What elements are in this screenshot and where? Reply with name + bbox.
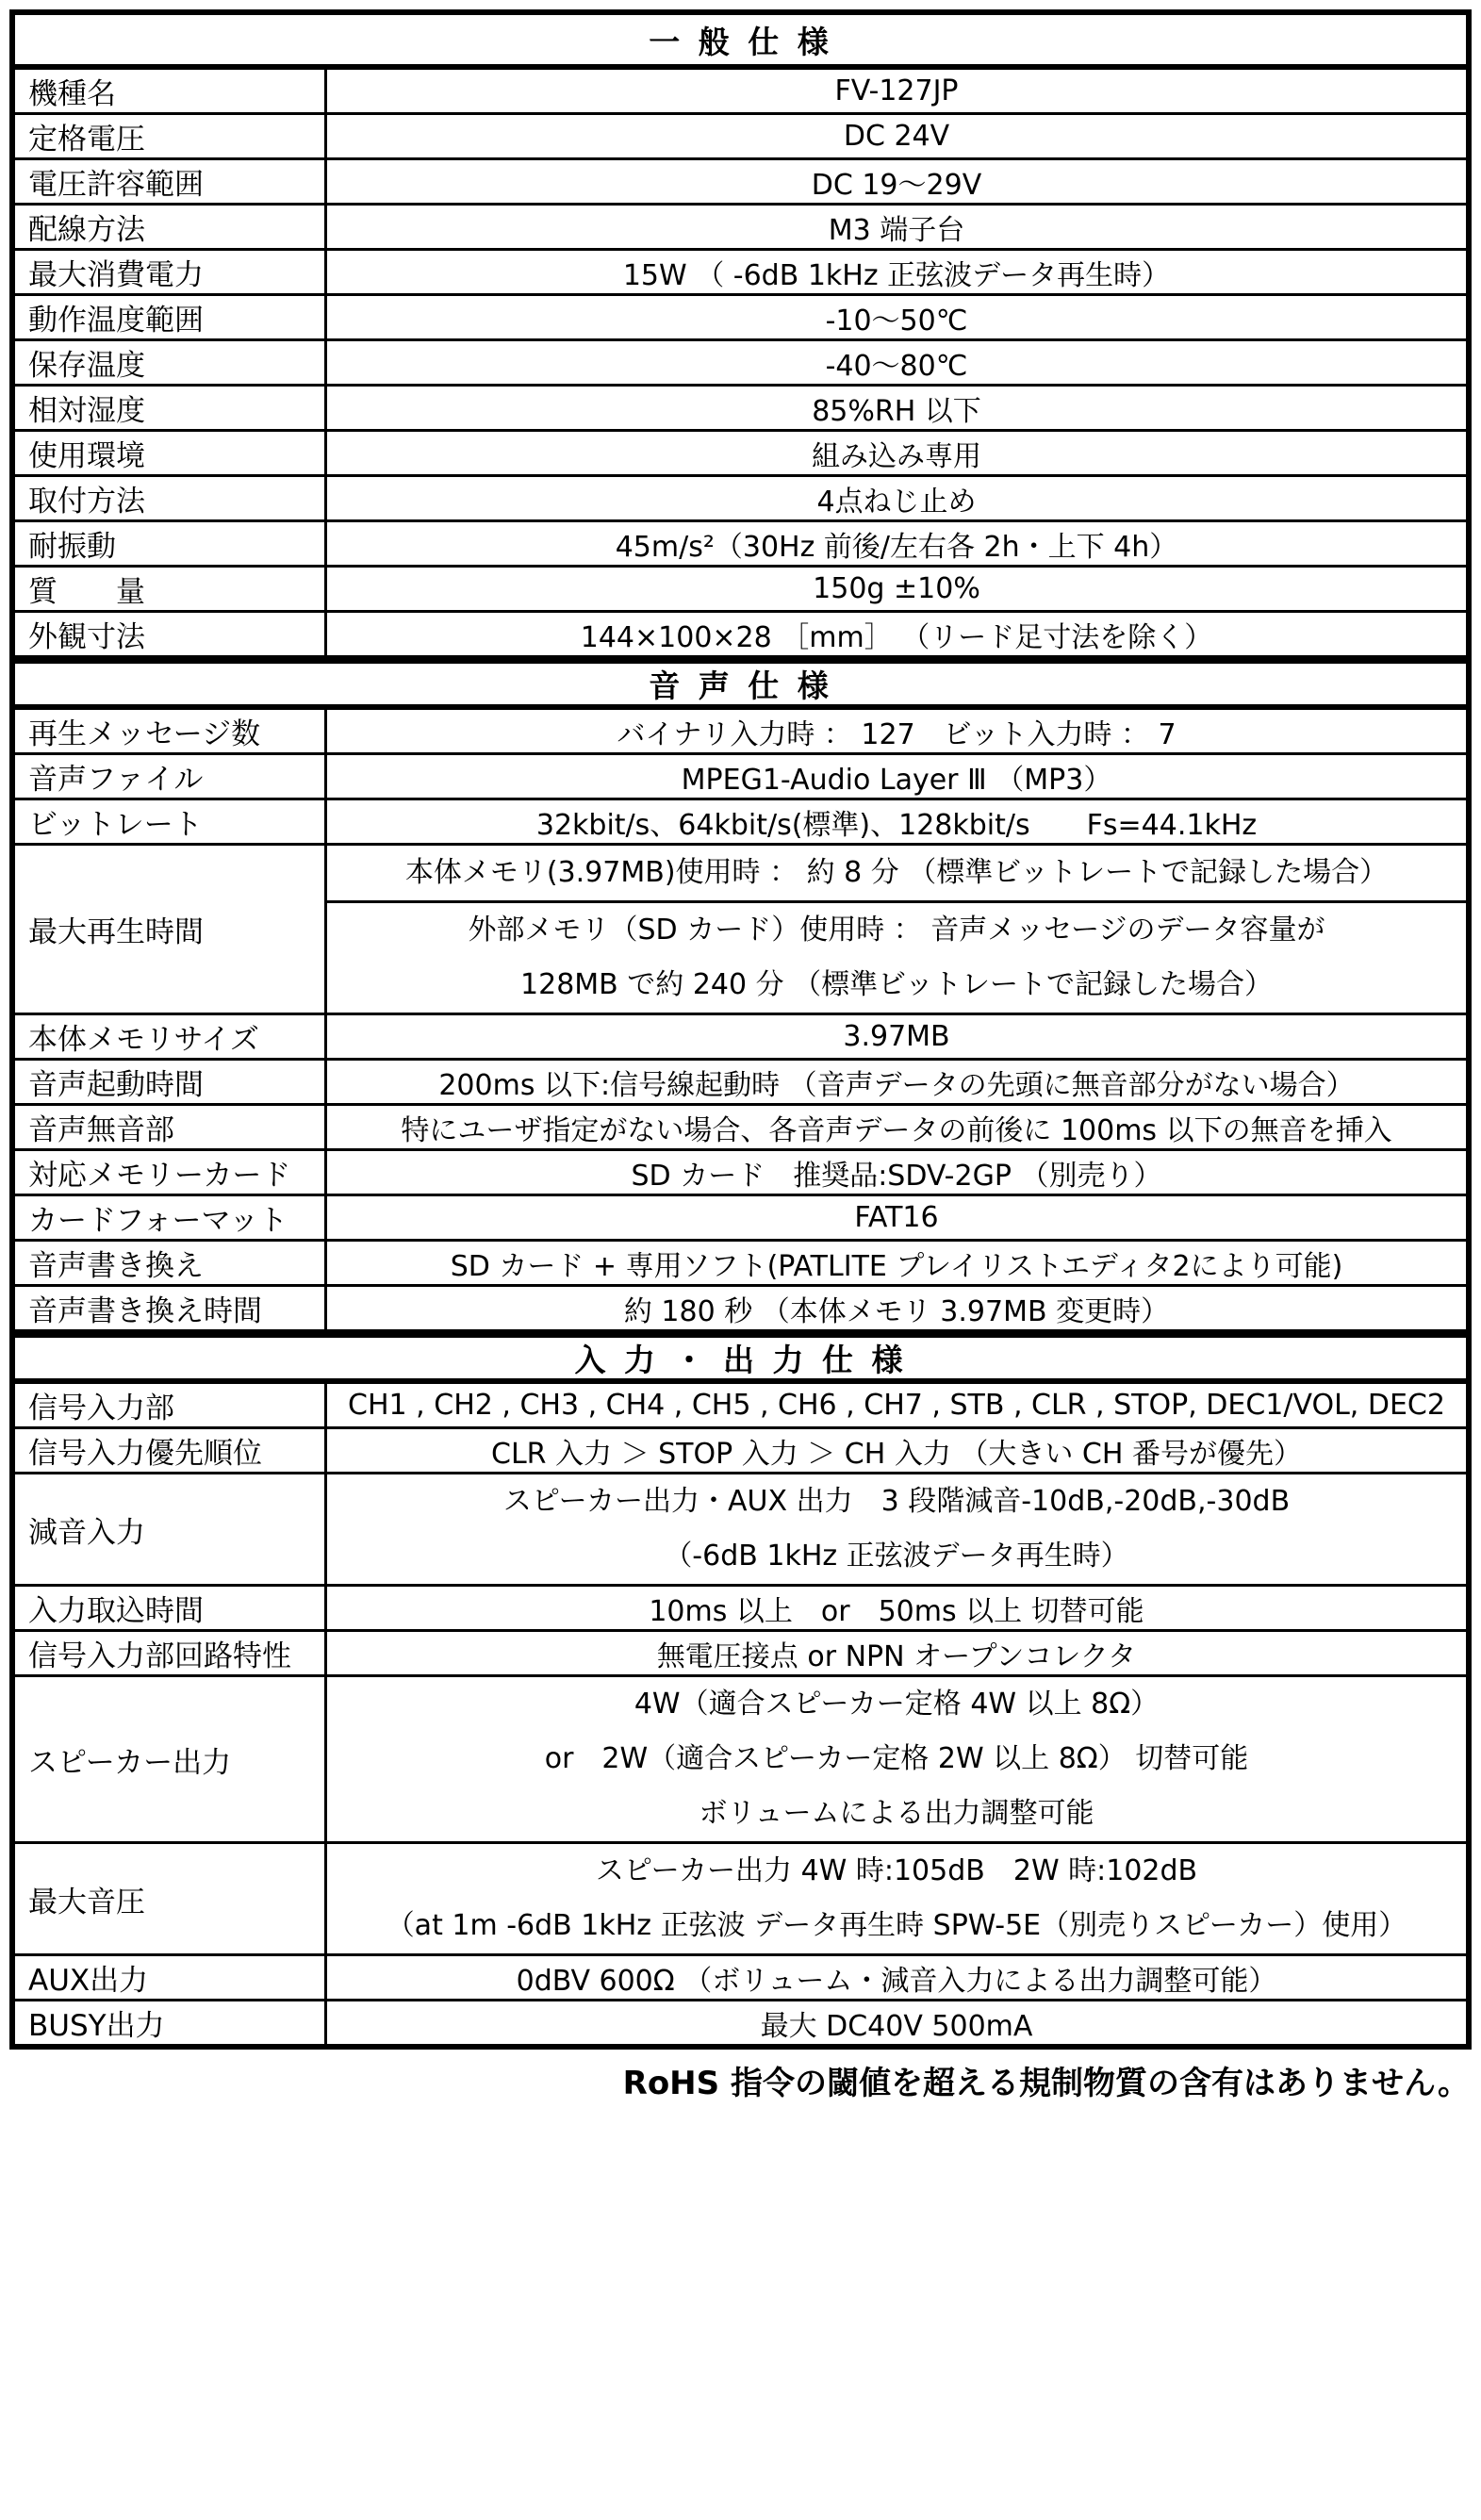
spec-label: 定格電圧	[15, 115, 327, 157]
spec-label: 信号入力部回路特性	[15, 1632, 327, 1674]
spec-subcell: 本体メモリ(3.97MB)使用時 ： 約 8 分 （標準ビットレートで記録した場…	[327, 846, 1466, 903]
footer-note: RoHS 指令の閾値を超える規制物質の含有はありません。	[9, 2057, 1472, 2103]
section-title-audio: 音 声 仕 様	[15, 655, 1466, 710]
spec-label: 音声無音部	[15, 1106, 327, 1148]
spec-value-line: （-6dB 1kHz 正弦波データ再生時）	[664, 1529, 1128, 1584]
spec-value: 組み込み専用	[327, 432, 1466, 474]
table-row: 信号入力部 CH1 , CH2 , CH3 , CH4 , CH5 , CH6 …	[15, 1384, 1466, 1426]
spec-value: 200ms 以下:信号線起動時 （音声データの先頭に無音部分がない場合）	[327, 1061, 1466, 1103]
section-title-general: 一 般 仕 様	[15, 15, 1466, 70]
spec-value: 最大 DC40V 500mA	[327, 2001, 1466, 2044]
spec-value-line: 4W（適合スピーカー定格 4W 以上 8Ω）	[634, 1677, 1159, 1732]
spec-label: 外観寸法	[15, 613, 327, 655]
table-row: 外観寸法 144×100×28 ［mm］ （リード足寸法を除く）	[15, 610, 1466, 655]
spec-table: 一 般 仕 様 機種名 FV-127JP 定格電圧 DC 24V 電圧許容範囲 …	[9, 9, 1472, 2050]
spec-value: 15W （ -6dB 1kHz 正弦波データ再生時）	[327, 251, 1466, 293]
table-row: スピーカー出力 4W（適合スピーカー定格 4W 以上 8Ω） or 2W（適合ス…	[15, 1674, 1466, 1841]
spec-value: FV-127JP	[327, 70, 1466, 112]
spec-label: 動作温度範囲	[15, 296, 327, 338]
table-row: 配線方法 M3 端子台	[15, 203, 1466, 248]
spec-label: 信号入力部	[15, 1384, 327, 1426]
spec-value: バイナリ入力時 ： 127 ビット入力時 ： 7	[327, 710, 1466, 752]
table-row: 使用環境 組み込み専用	[15, 429, 1466, 474]
spec-label: 保存温度	[15, 341, 327, 384]
spec-label: 使用環境	[15, 432, 327, 474]
spec-label: 取付方法	[15, 477, 327, 519]
spec-value-line: 外部メモリ（SD カード）使用時 ： 音声メッセージのデータ容量が	[469, 903, 1325, 958]
spec-label: 最大音圧	[15, 1844, 327, 1953]
table-row: 最大音圧 スピーカー出力 4W 時:105dB 2W 時:102dB （at 1…	[15, 1841, 1466, 1953]
spec-label: 入力取込時間	[15, 1587, 327, 1629]
spec-value-line: （at 1m -6dB 1kHz 正弦波 データ再生時 SPW-5E（別売りスピ…	[387, 1899, 1407, 1953]
table-row: 信号入力優先順位 CLR 入力 ＞ STOP 入力 ＞ CH 入力 （大きい C…	[15, 1426, 1466, 1472]
spec-label: AUX出力	[15, 1956, 327, 1999]
spec-label: 音声ファイル	[15, 755, 327, 798]
table-row: 電圧許容範囲 DC 19～29V	[15, 157, 1466, 203]
spec-value: SD カード + 専用ソフト(PATLITE プレイリストエディタ2により可能)	[327, 1242, 1466, 1284]
spec-value: スピーカー出力 4W 時:105dB 2W 時:102dB （at 1m -6d…	[327, 1844, 1466, 1953]
spec-subcell: 外部メモリ（SD カード）使用時 ： 音声メッセージのデータ容量が 128MB …	[327, 903, 1466, 1013]
table-row: ビットレート 32kbit/s、64kbit/s(標準)、128kbit/s F…	[15, 798, 1466, 843]
spec-label: 音声起動時間	[15, 1061, 327, 1103]
spec-value: スピーカー出力・AUX 出力 3 段階減音-10dB,-20dB,-30dB （…	[327, 1474, 1466, 1584]
table-row: 耐振動 45m/s²（30Hz 前後/左右各 2h・上下 4h）	[15, 519, 1466, 565]
table-row: 最大消費電力 15W （ -6dB 1kHz 正弦波データ再生時）	[15, 248, 1466, 293]
table-row: 本体メモリサイズ 3.97MB	[15, 1013, 1466, 1058]
spec-label: スピーカー出力	[15, 1677, 327, 1841]
spec-value: 150g ±10%	[327, 568, 1466, 610]
spec-label: ビットレート	[15, 800, 327, 843]
spec-value-line: スピーカー出力・AUX 出力 3 段階減音-10dB,-20dB,-30dB	[503, 1474, 1290, 1529]
spec-label: 配線方法	[15, 206, 327, 248]
spec-value: 10ms 以上 or 50ms 以上 切替可能	[327, 1587, 1466, 1629]
section-audio: 音 声 仕 様 再生メッセージ数 バイナリ入力時 ： 127 ビット入力時 ： …	[15, 655, 1466, 1329]
spec-value: 32kbit/s、64kbit/s(標準)、128kbit/s Fs=44.1k…	[327, 800, 1466, 843]
spec-label: 機種名	[15, 70, 327, 112]
spec-label: 音声書き換え	[15, 1242, 327, 1284]
spec-value: 無電圧接点 or NPN オープンコレクタ	[327, 1632, 1466, 1674]
table-row: 減音入力 スピーカー出力・AUX 出力 3 段階減音-10dB,-20dB,-3…	[15, 1472, 1466, 1584]
section-title-io: 入 力 ・ 出 力 仕 様	[15, 1329, 1466, 1384]
spec-value: 3.97MB	[327, 1015, 1466, 1058]
spec-value: CH1 , CH2 , CH3 , CH4 , CH5 , CH6 , CH7 …	[327, 1384, 1466, 1426]
table-row: 定格電圧 DC 24V	[15, 112, 1466, 157]
spec-value-line: 128MB で約 240 分 （標準ビットレートで記録した場合）	[520, 958, 1273, 1013]
table-row: 音声起動時間 200ms 以下:信号線起動時 （音声データの先頭に無音部分がない…	[15, 1058, 1466, 1103]
table-row: 信号入力部回路特性 無電圧接点 or NPN オープンコレクタ	[15, 1629, 1466, 1674]
spec-value-line: ボリュームによる出力調整可能	[699, 1787, 1094, 1841]
table-row: 質 量 150g ±10%	[15, 565, 1466, 610]
table-row: 音声ファイル MPEG1-Audio Layer Ⅲ （MP3）	[15, 752, 1466, 798]
table-row: 再生メッセージ数 バイナリ入力時 ： 127 ビット入力時 ： 7	[15, 710, 1466, 752]
spec-value-stack: 本体メモリ(3.97MB)使用時 ： 約 8 分 （標準ビットレートで記録した場…	[327, 846, 1466, 1013]
spec-value: MPEG1-Audio Layer Ⅲ （MP3）	[327, 755, 1466, 798]
spec-value-line: スピーカー出力 4W 時:105dB 2W 時:102dB	[596, 1844, 1197, 1899]
spec-value: 4W（適合スピーカー定格 4W 以上 8Ω） or 2W（適合スピーカー定格 2…	[327, 1677, 1466, 1841]
table-row: 音声書き換え SD カード + 専用ソフト(PATLITE プレイリストエディタ…	[15, 1239, 1466, 1284]
spec-label: 音声書き換え時間	[15, 1287, 327, 1329]
spec-label: 相対湿度	[15, 387, 327, 429]
spec-label: 耐振動	[15, 522, 327, 565]
spec-value: -40～80℃	[327, 341, 1466, 384]
spec-value-line: 本体メモリ(3.97MB)使用時 ： 約 8 分 （標準ビットレートで記録した場…	[405, 846, 1388, 900]
table-row: BUSY出力 最大 DC40V 500mA	[15, 1999, 1466, 2044]
table-row: 動作温度範囲 -10～50℃	[15, 293, 1466, 338]
spec-label: BUSY出力	[15, 2001, 327, 2044]
spec-value: DC 19～29V	[327, 160, 1466, 203]
table-row: 対応メモリーカード SD カード 推奨品:SDV-2GP （別売り）	[15, 1148, 1466, 1194]
spec-sheet: 一 般 仕 様 機種名 FV-127JP 定格電圧 DC 24V 電圧許容範囲 …	[0, 0, 1481, 2520]
table-row: 機種名 FV-127JP	[15, 70, 1466, 112]
table-row: 音声書き換え時間 約 180 秒 （本体メモリ 3.97MB 変更時）	[15, 1284, 1466, 1329]
spec-value: CLR 入力 ＞ STOP 入力 ＞ CH 入力 （大きい CH 番号が優先）	[327, 1429, 1466, 1472]
spec-value: -10～50℃	[327, 296, 1466, 338]
spec-label: 電圧許容範囲	[15, 160, 327, 203]
spec-label: 最大消費電力	[15, 251, 327, 293]
spec-label: 再生メッセージ数	[15, 710, 327, 752]
spec-value: DC 24V	[327, 115, 1466, 157]
spec-value: FAT16	[327, 1196, 1466, 1239]
spec-value: 144×100×28 ［mm］ （リード足寸法を除く）	[327, 613, 1466, 655]
table-row: 入力取込時間 10ms 以上 or 50ms 以上 切替可能	[15, 1584, 1466, 1629]
spec-value: M3 端子台	[327, 206, 1466, 248]
spec-value: 45m/s²（30Hz 前後/左右各 2h・上下 4h）	[327, 522, 1466, 565]
spec-label: 対応メモリーカード	[15, 1151, 327, 1194]
spec-label: カードフォーマット	[15, 1196, 327, 1239]
section-general: 一 般 仕 様 機種名 FV-127JP 定格電圧 DC 24V 電圧許容範囲 …	[15, 15, 1466, 655]
spec-label: 信号入力優先順位	[15, 1429, 327, 1472]
spec-value: 特にユーザ指定がない場合、各音声データの前後に 100ms 以下の無音を挿入	[327, 1106, 1466, 1148]
spec-label: 本体メモリサイズ	[15, 1015, 327, 1058]
spec-value-line: or 2W（適合スピーカー定格 2W 以上 8Ω） 切替可能	[545, 1732, 1249, 1787]
spec-value: 0dBV 600Ω （ボリューム・減音入力による出力調整可能）	[327, 1956, 1466, 1999]
section-io: 入 力 ・ 出 力 仕 様 信号入力部 CH1 , CH2 , CH3 , CH…	[15, 1329, 1466, 2044]
spec-value: SD カード 推奨品:SDV-2GP （別売り）	[327, 1151, 1466, 1194]
table-row: 取付方法 4点ねじ止め	[15, 474, 1466, 519]
spec-label: 減音入力	[15, 1474, 327, 1584]
table-row-max-playtime: 最大再生時間 本体メモリ(3.97MB)使用時 ： 約 8 分 （標準ビットレー…	[15, 843, 1466, 1013]
table-row: AUX出力 0dBV 600Ω （ボリューム・減音入力による出力調整可能）	[15, 1953, 1466, 1999]
spec-label: 最大再生時間	[15, 846, 327, 1013]
spec-label: 質 量	[15, 568, 327, 610]
spec-value: 85%RH 以下	[327, 387, 1466, 429]
table-row: 音声無音部 特にユーザ指定がない場合、各音声データの前後に 100ms 以下の無…	[15, 1103, 1466, 1148]
table-row: 相対湿度 85%RH 以下	[15, 384, 1466, 429]
table-row: カードフォーマット FAT16	[15, 1194, 1466, 1239]
spec-value: 約 180 秒 （本体メモリ 3.97MB 変更時）	[327, 1287, 1466, 1329]
spec-value: 4点ねじ止め	[327, 477, 1466, 519]
table-row: 保存温度 -40～80℃	[15, 338, 1466, 384]
